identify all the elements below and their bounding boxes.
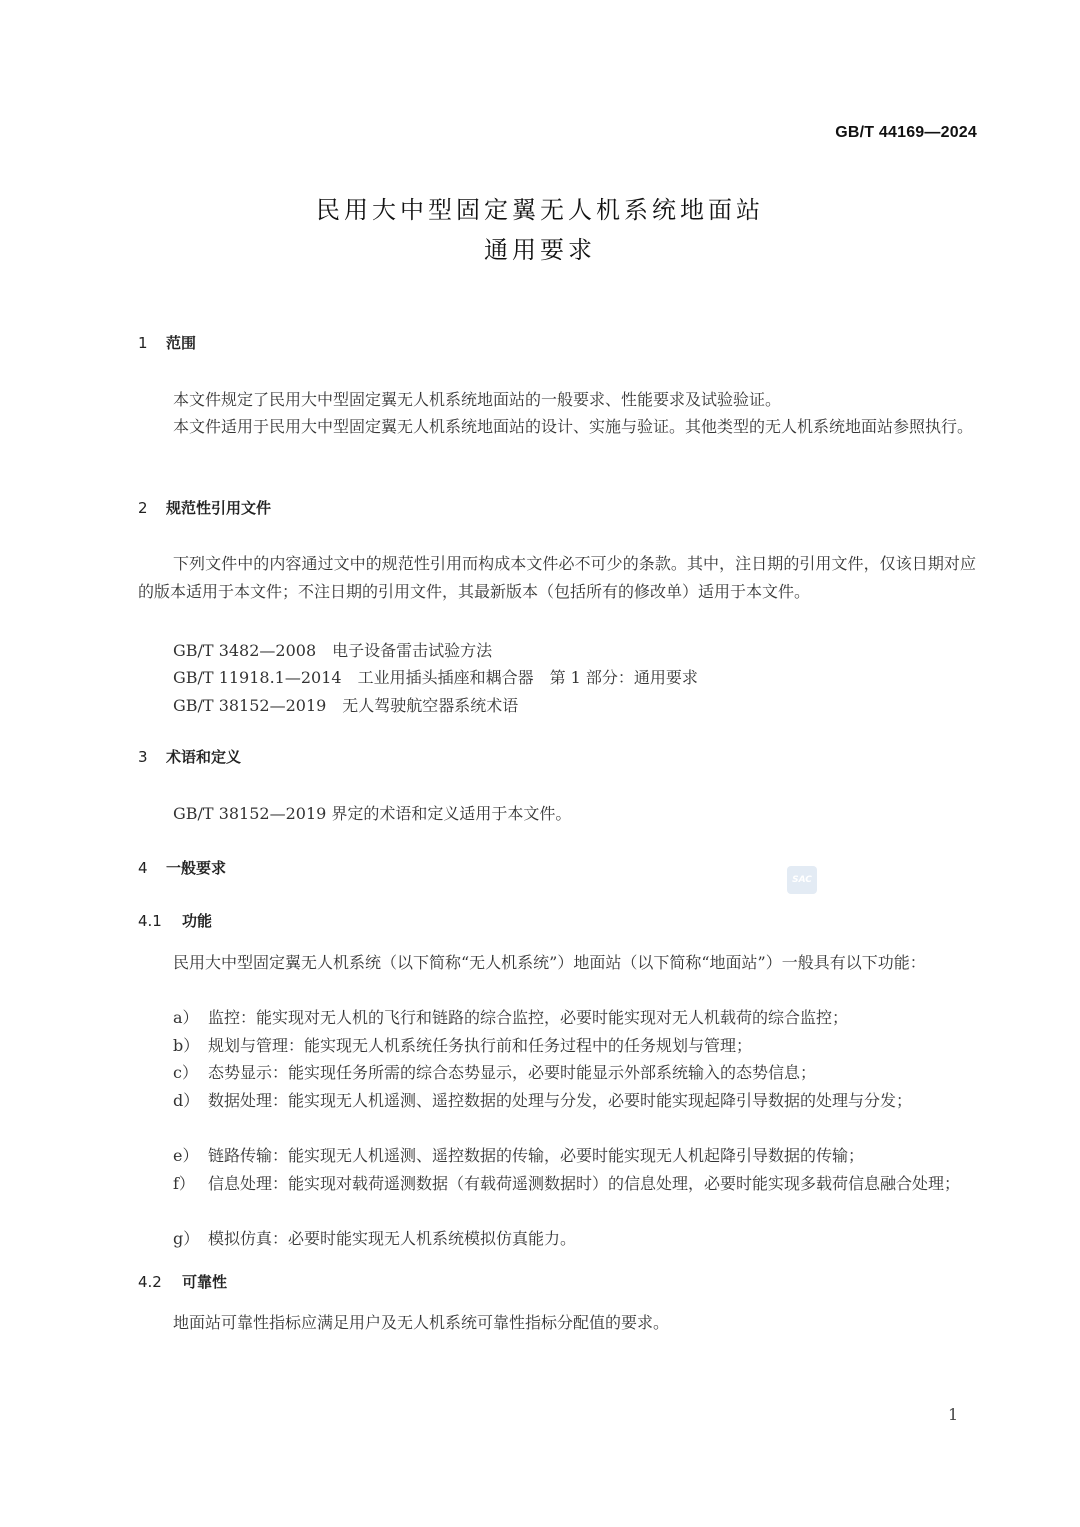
section-title: 一般要求 [166, 859, 226, 877]
section-number: 2 [138, 499, 166, 517]
document-title: 民用大中型固定翼无人机系统地面站 [0, 190, 1080, 225]
list-item: e） 链路传输：能实现无人机遥测、遥控数据的传输，必要时能实现无人机起降引导数据… [173, 1142, 976, 1170]
sac-watermark-logo: SAC [787, 866, 817, 894]
list-marker: a） [173, 1004, 207, 1032]
section-number: 3 [138, 748, 166, 766]
list-marker: c） [173, 1059, 207, 1087]
section-heading-4: 4一般要求 [138, 857, 226, 878]
document-subtitle: 通用要求 [0, 230, 1080, 265]
section-title: 可靠性 [182, 1273, 227, 1291]
list-marker: g） [173, 1225, 207, 1253]
section-heading-1: 1范围 [138, 332, 196, 353]
section-title: 术语和定义 [166, 748, 241, 766]
paragraph: 地面站可靠性指标应满足用户及无人机系统可靠性指标分配值的要求。 [138, 1309, 976, 1337]
list-text: 信息处理：能实现对载荷遥测数据（有载荷遥测数据时）的信息处理，必要时能实现多载荷… [208, 1170, 976, 1198]
section-number: 4 [138, 859, 166, 877]
list-item: d） 数据处理：能实现无人机遥测、遥控数据的处理与分发，必要时能实现起降引导数据… [173, 1087, 976, 1115]
section-number: 1 [138, 334, 166, 352]
paragraph: 本文件适用于民用大中型固定翼无人机系统地面站的设计、实施与验证。其他类型的无人机… [138, 413, 976, 441]
reference-item: GB/T 11918.1—2014 工业用插头插座和耦合器 第 1 部分：通用要… [173, 665, 698, 688]
page-number: 1 [948, 1405, 958, 1424]
list-text: 态势显示：能实现任务所需的综合态势显示，必要时能显示外部系统输入的态势信息； [208, 1059, 976, 1087]
list-text: 链路传输：能实现无人机遥测、遥控数据的传输，必要时能实现无人机起降引导数据的传输… [208, 1142, 976, 1170]
list-marker: f） [173, 1170, 207, 1198]
paragraph: 民用大中型固定翼无人机系统（以下简称“无人机系统”）地面站（以下简称“地面站”）… [138, 949, 976, 977]
section-number: 4.2 [138, 1273, 182, 1291]
list-text: 规划与管理：能实现无人机系统任务执行前和任务过程中的任务规划与管理； [208, 1032, 976, 1060]
list-text: 模拟仿真：必要时能实现无人机系统模拟仿真能力。 [208, 1225, 976, 1253]
reference-item: GB/T 3482—2008 电子设备雷击试验方法 [173, 638, 492, 661]
list-marker: b） [173, 1032, 207, 1060]
standard-id: GB/T 44169—2024 [835, 124, 977, 142]
subsection-heading-4-2: 4.2可靠性 [138, 1271, 227, 1292]
section-title: 功能 [182, 912, 212, 930]
list-item: c） 态势显示：能实现任务所需的综合态势显示，必要时能显示外部系统输入的态势信息… [173, 1059, 976, 1087]
list-text: 数据处理：能实现无人机遥测、遥控数据的处理与分发，必要时能实现起降引导数据的处理… [208, 1087, 976, 1115]
list-text: 监控：能实现对无人机的飞行和链路的综合监控，必要时能实现对无人机载荷的综合监控； [208, 1004, 976, 1032]
subsection-heading-4-1: 4.1功能 [138, 910, 212, 931]
list-marker: d） [173, 1087, 207, 1115]
reference-item: GB/T 38152—2019 无人驾驶航空器系统术语 [173, 693, 518, 716]
paragraph: 本文件规定了民用大中型固定翼无人机系统地面站的一般要求、性能要求及试验验证。 [138, 386, 976, 414]
section-heading-3: 3术语和定义 [138, 746, 241, 767]
paragraph: GB/T 38152—2019 界定的术语和定义适用于本文件。 [138, 800, 976, 828]
list-item: g） 模拟仿真：必要时能实现无人机系统模拟仿真能力。 [173, 1225, 976, 1253]
list-item: a） 监控：能实现对无人机的飞行和链路的综合监控，必要时能实现对无人机载荷的综合… [173, 1004, 976, 1032]
section-heading-2: 2规范性引用文件 [138, 497, 271, 518]
section-title: 规范性引用文件 [166, 499, 271, 517]
list-item: b） 规划与管理：能实现无人机系统任务执行前和任务过程中的任务规划与管理； [173, 1032, 976, 1060]
section-title: 范围 [166, 334, 196, 352]
list-item: f） 信息处理：能实现对载荷遥测数据（有载荷遥测数据时）的信息处理，必要时能实现… [173, 1170, 976, 1198]
paragraph: 下列文件中的内容通过文中的规范性引用而构成本文件必不可少的条款。其中，注日期的引… [138, 550, 976, 605]
section-number: 4.1 [138, 912, 182, 930]
list-marker: e） [173, 1142, 207, 1170]
